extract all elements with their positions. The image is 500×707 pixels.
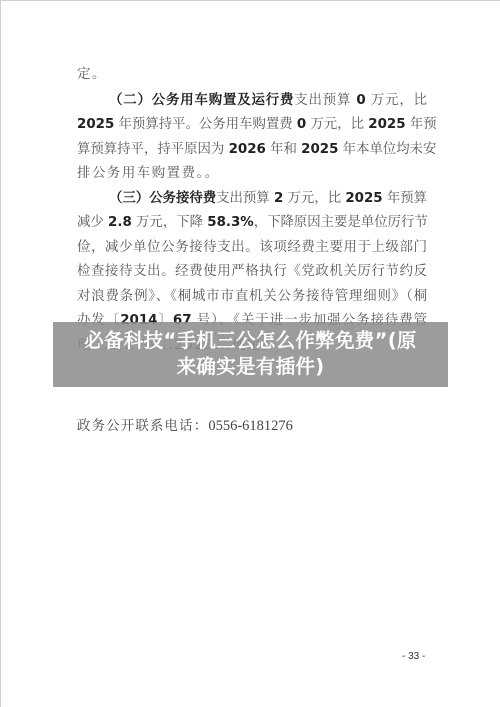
document-text-line: （二）公务用车购置及运行费支出预算 0 万元，比	[109, 93, 427, 109]
body-text: 年预算	[383, 191, 427, 206]
section-heading-text: （二）公务用车购置及运行费	[109, 93, 294, 108]
contact-phone-line: 政务公开联系电话：0556-6181276	[77, 415, 293, 435]
body-text: 年本单位均未安	[338, 142, 436, 157]
document-page: 定。（二）公务用车购置及运行费支出预算 0 万元，比2025 年预算持平。公务用…	[0, 0, 500, 707]
numeric-value: 0	[297, 117, 306, 132]
body-text: 减少	[77, 215, 108, 230]
body-text: 检查接待支出。经费使用严格执行《党政机关厉行节约反	[77, 264, 427, 279]
document-text-line: 排公务用车购置费。。	[77, 166, 427, 182]
numeric-value: 2025	[77, 117, 114, 132]
document-text-line: 定。	[77, 67, 427, 83]
numeric-value: 2026	[229, 142, 266, 157]
contact-label: 政务公开联系电话：	[77, 419, 208, 434]
title-overlay-banner: 必备科技“手机三公怎么作弊免费”(原 来确实是有插件)	[53, 322, 448, 387]
numeric-value: 2025	[368, 117, 405, 132]
numeric-value: 2.8	[108, 215, 132, 230]
banner-title-line-1: 必备科技“手机三公怎么作弊免费”(原	[53, 328, 448, 354]
body-text: 算预算持平，持平原因为	[77, 142, 229, 157]
body-text: 年预	[406, 117, 437, 132]
document-text-line: 2025 年预算持平。公务用车购置费 0 万元，比 2025 年预	[77, 117, 427, 133]
body-text: 年和	[266, 142, 301, 157]
document-text-line: 对浪费条例》、《桐城市市直机关公务接待管理细则》（桐	[77, 289, 427, 305]
body-text: 支出预算	[294, 93, 356, 108]
section-heading-text: （三）公务接待费	[109, 191, 216, 206]
numeric-value: 2	[274, 191, 283, 206]
body-text: 俭，减少单位公务接待支出。该项经费主要用于上级部门	[77, 240, 427, 255]
numeric-value: 2025	[345, 191, 382, 206]
document-text-line: （三）公务接待费支出预算 2 万元，比 2025 年预算	[109, 191, 427, 207]
document-text-line: 检查接待支出。经费使用严格执行《党政机关厉行节约反	[77, 264, 427, 280]
banner-title-line-2: 来确实是有插件)	[53, 354, 448, 380]
body-text: 万元，比	[283, 191, 345, 206]
contact-phone-number: 0556-6181276	[208, 418, 293, 434]
document-text-line: 俭，减少单位公务接待支出。该项经费主要用于上级部门	[77, 240, 427, 256]
numeric-value: 58.3%	[207, 215, 253, 230]
body-text: 万元，下降	[132, 215, 207, 230]
body-text: 万元，比	[366, 93, 427, 108]
body-text: 定。	[77, 67, 107, 82]
body-text: 排公务用车购置费。。	[77, 166, 220, 181]
document-text-line: 算预算持平，持平原因为 2026 年和 2025 年本单位均未安	[77, 142, 427, 158]
numeric-value: 2025	[301, 142, 338, 157]
numeric-value: 0	[356, 93, 365, 108]
body-text: 年预算持平。公务用车购置费	[114, 117, 297, 132]
body-text: ，下降原因主要是单位厉行节	[254, 215, 428, 230]
body-text: 对浪费条例》、《桐城市市直机关公务接待管理细则》（桐	[77, 289, 427, 304]
body-text: 万元，比	[306, 117, 368, 132]
document-text-line: 减少 2.8 万元，下降 58.3%，下降原因主要是单位厉行节	[77, 215, 427, 231]
page-number: - 33 -	[402, 651, 425, 662]
body-text: 支出预算	[216, 191, 274, 206]
